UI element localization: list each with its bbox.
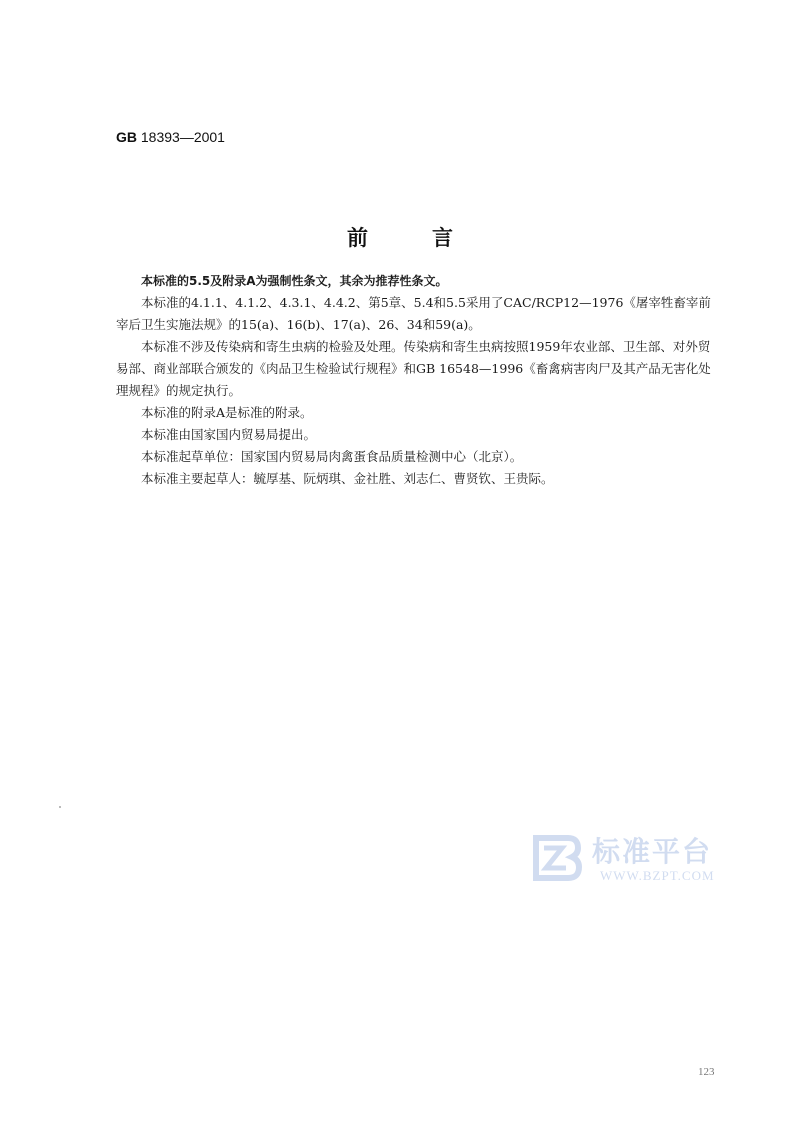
watermark-url: WWW.BZPT.COM (600, 868, 715, 884)
title-char-1: 前 (347, 222, 368, 252)
bz-logo-icon (532, 832, 582, 882)
standard-prefix: GB (116, 129, 137, 145)
paragraph-appendix: 本标准的附录A是标准的附录。 (116, 402, 716, 424)
standard-number: 18393—2001 (141, 129, 225, 145)
paragraph-adopted-clauses: 本标准的4.1.1、4.1.2、4.3.1、4.4.2、第5章、5.4和5.5采… (116, 292, 716, 336)
paragraph-scope-exclusion: 本标准不涉及传染病和寄生虫病的检验及处理。传染病和寄生虫病按照1959年农业部、… (116, 336, 716, 402)
paragraph-mandatory-clauses: 本标准的5.5及附录A为强制性条文，其余为推荐性条文。 (116, 270, 716, 292)
watermark-name: 标准平台 (592, 830, 712, 870)
page-title: 前言 (0, 222, 800, 252)
standard-code: GB 18393—2001 (116, 129, 225, 145)
paragraph-proposer: 本标准由国家国内贸易局提出。 (116, 424, 716, 446)
foreword-body: 本标准的5.5及附录A为强制性条文，其余为推荐性条文。 本标准的4.1.1、4.… (116, 270, 716, 490)
paragraph-drafting-unit: 本标准起草单位：国家国内贸易局肉禽蛋食品质量检测中心（北京）。 (116, 446, 716, 468)
watermark: 标准平台 WWW.BZPT.COM (532, 828, 732, 888)
paragraph-drafters: 本标准主要起草人：毓厚基、阮炳琪、金社胜、刘志仁、曹贤钦、王贵际。 (116, 468, 716, 490)
page-number: 123 (698, 1066, 715, 1078)
title-char-2: 言 (432, 222, 453, 252)
scan-speck (59, 806, 61, 808)
